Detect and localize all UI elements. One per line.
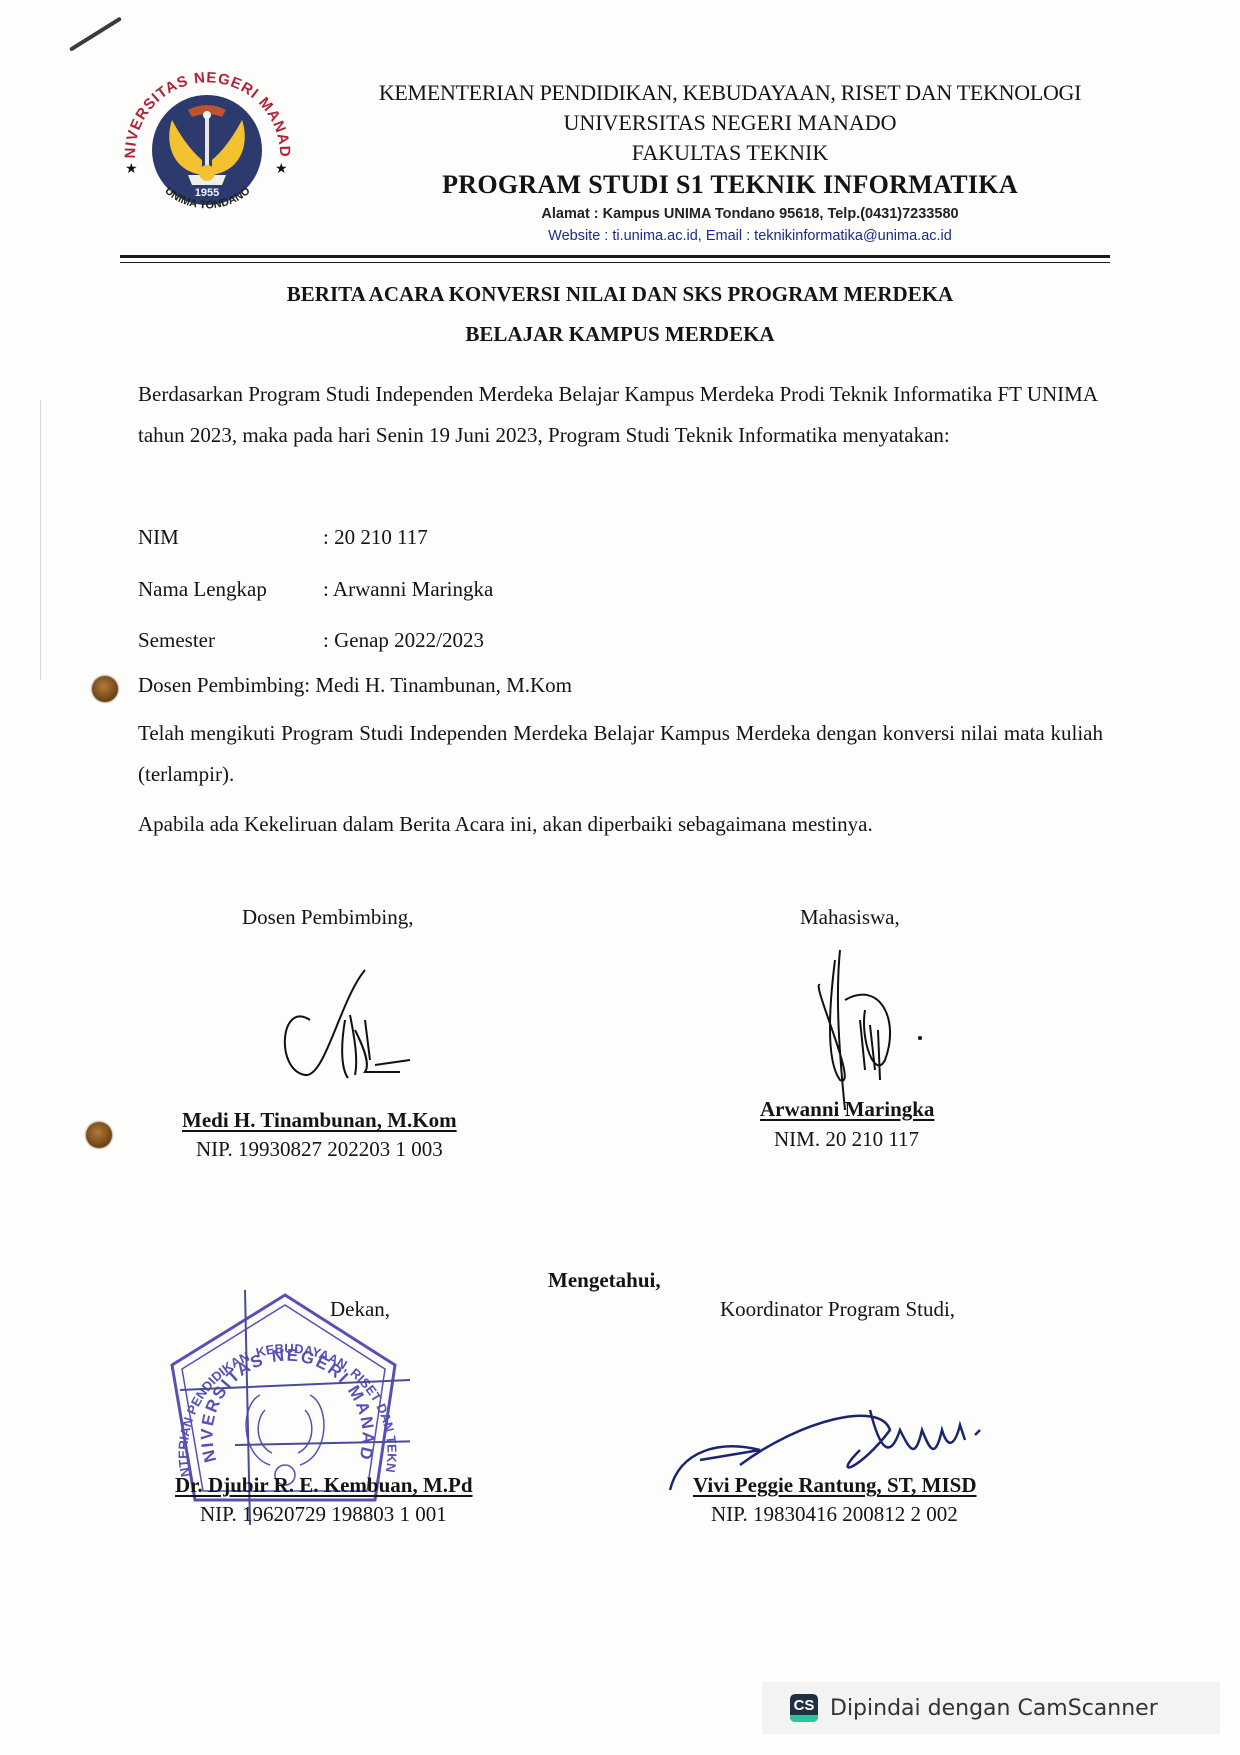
program-name: PROGRAM STUDI S1 TEKNIK INFORMATIKA — [320, 168, 1140, 202]
address-line: Alamat : Kampus UNIMA Tondano 95618, Tel… — [480, 203, 1020, 225]
statement-paragraph: Telah mengikuti Program Studi Independen… — [138, 713, 1103, 795]
acknowledged-heading: Mengetahui, — [548, 1268, 661, 1293]
university-logo: 1955 UNIVERSITAS NEGERI MANADO UNIMA TON… — [110, 55, 300, 220]
field-value: : Medi H. Tinambunan, M.Kom — [304, 673, 572, 697]
advisor-signature — [270, 960, 430, 1110]
dean-name: Dr. Djubir R. E. Kembuan, M.Pd — [175, 1473, 473, 1498]
field-advisor: Dosen Pembimbing: Medi H. Tinambunan, M.… — [138, 673, 572, 698]
student-nim: NIM. 20 210 117 — [774, 1127, 919, 1152]
punch-hole — [86, 1122, 112, 1148]
field-label: Dosen Pembimbing — [138, 673, 304, 697]
dean-nip: NIP. 19620729 198803 1 001 — [200, 1502, 447, 1527]
field-full-name: Nama Lengkap: Arwanni Maringka — [138, 577, 493, 602]
intro-paragraph: Berdasarkan Program Studi Independen Mer… — [138, 374, 1103, 456]
svg-text:★: ★ — [275, 162, 288, 177]
field-value: : Arwanni Maringka — [323, 577, 493, 601]
field-semester: Semester: Genap 2022/2023 — [138, 628, 484, 653]
closing-paragraph: Apabila ada Kekeliruan dalam Berita Acar… — [138, 804, 1103, 845]
document-title-line2: BELAJAR KAMPUS MERDEKA — [120, 322, 1120, 347]
svg-text:★: ★ — [125, 162, 138, 177]
website-email-line: Website : ti.unima.ac.id, Email : teknik… — [480, 225, 1020, 247]
ministry-name: KEMENTERIAN PENDIDIKAN, KEBUDAYAAN, RISE… — [320, 78, 1140, 108]
letterhead-contact: Alamat : Kampus UNIMA Tondano 95618, Tel… — [480, 203, 1020, 247]
university-name: UNIVERSITAS NEGERI MANADO — [320, 108, 1140, 138]
document-title-line1: BERITA ACARA KONVERSI NILAI DAN SKS PROG… — [120, 282, 1120, 307]
svg-text:1955: 1955 — [195, 187, 219, 199]
staple-mark — [69, 17, 122, 52]
punch-hole — [92, 676, 118, 702]
field-label: Nama Lengkap — [138, 577, 323, 602]
letterhead-divider-thick — [120, 255, 1110, 258]
field-nim: NIM: 20 210 117 — [138, 525, 428, 550]
field-label: Semester — [138, 628, 323, 653]
field-value: : 20 210 117 — [323, 525, 428, 549]
camscanner-text: Dipindai dengan CamScanner — [830, 1696, 1158, 1721]
advisor-nip: NIP. 19930827 202203 1 003 — [196, 1137, 443, 1162]
student-signature — [790, 940, 940, 1120]
scan-margin-shadow — [40, 400, 41, 680]
advisor-role: Dosen Pembimbing, — [242, 905, 414, 930]
faculty-name: FAKULTAS TEKNIK — [320, 138, 1140, 168]
letterhead-divider-thin — [120, 262, 1110, 263]
advisor-name: Medi H. Tinambunan, M.Kom — [182, 1108, 457, 1133]
coordinator-nip: NIP. 19830416 200812 2 002 — [711, 1502, 958, 1527]
letterhead: KEMENTERIAN PENDIDIKAN, KEBUDAYAAN, RISE… — [320, 78, 1140, 202]
camscanner-watermark: CS Dipindai dengan CamScanner — [762, 1682, 1220, 1734]
field-value: : Genap 2022/2023 — [323, 628, 484, 652]
dean-role: Dekan, — [330, 1297, 390, 1322]
student-role: Mahasiswa, — [800, 905, 900, 930]
coordinator-name: Vivi Peggie Rantung, ST, MISD — [693, 1473, 977, 1498]
camscanner-logo-icon: CS — [790, 1694, 818, 1722]
field-label: NIM — [138, 525, 323, 550]
coordinator-role: Koordinator Program Studi, — [720, 1297, 955, 1322]
student-name: Arwanni Maringka — [760, 1097, 934, 1122]
